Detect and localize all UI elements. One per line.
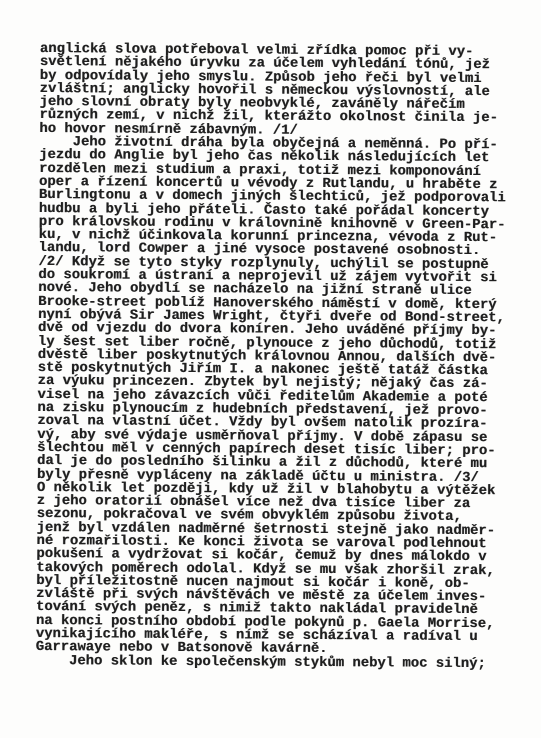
typewritten-text: anglická slova potřeboval velmi zřídka p… xyxy=(36,43,507,671)
scanned-page: anglická slova potřeboval velmi zřídka p… xyxy=(0,0,541,738)
